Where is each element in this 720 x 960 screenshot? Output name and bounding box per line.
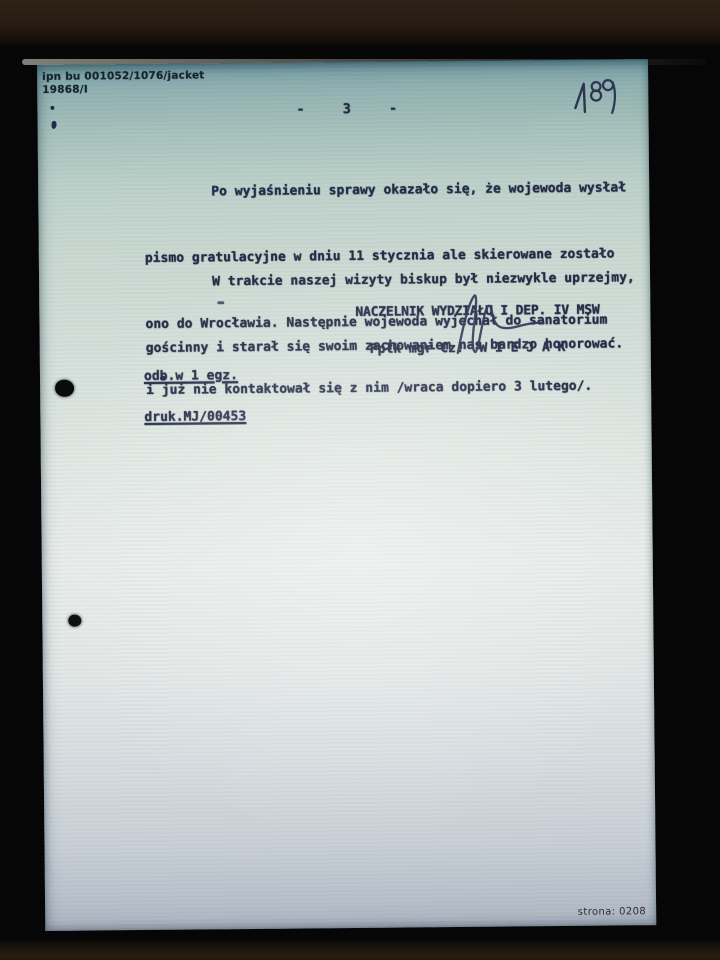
handwritten-page-number: 189 <box>568 74 622 121</box>
monitor-bezel-shadow <box>0 46 720 60</box>
archive-reference-line2: 19868/I <box>42 82 204 97</box>
hole-punch-bottom <box>68 615 81 627</box>
ink-speck <box>160 376 166 381</box>
document-page: ipn bu 001052/1076/jacket 19868/I - 3 - … <box>37 59 656 931</box>
distribution-note: odb.w 1 egz. druk.MJ/00453 <box>144 342 247 451</box>
handwritten-signature <box>449 290 550 359</box>
hole-punch-top <box>55 380 74 397</box>
ink-speck <box>52 121 57 129</box>
archive-reference-line1: ipn bu 001052/1076/jacket <box>42 69 204 84</box>
ink-speck <box>50 106 54 110</box>
page-number: - 3 - <box>296 98 397 121</box>
distribution-line: odb.w 1 egz. <box>144 369 246 383</box>
monitor-bezel-top <box>0 0 720 46</box>
ink-speck <box>217 301 224 304</box>
archive-reference: ipn bu 001052/1076/jacket 19868/I <box>42 69 205 97</box>
scan-page-label: strona: 0208 <box>578 906 647 918</box>
monitor-bezel-bottom <box>0 940 720 960</box>
distribution-line: druk.MJ/00453 <box>144 410 246 424</box>
screen-photo: ipn bu 001052/1076/jacket 19868/I - 3 - … <box>0 0 720 960</box>
paragraph-line: W trakcie naszej wizyty biskup był niezw… <box>145 267 635 294</box>
paragraph-line: Po wyjaśnieniu sprawy okazało się, że wo… <box>144 177 626 204</box>
